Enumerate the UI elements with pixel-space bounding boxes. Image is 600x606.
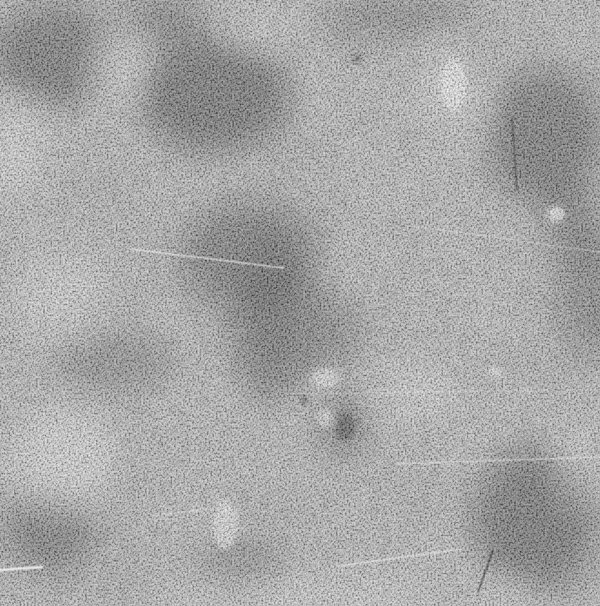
texture-grain-noise-layer [0, 0, 600, 606]
grunge-texture-image [0, 0, 600, 606]
texture-viewport [0, 0, 600, 606]
